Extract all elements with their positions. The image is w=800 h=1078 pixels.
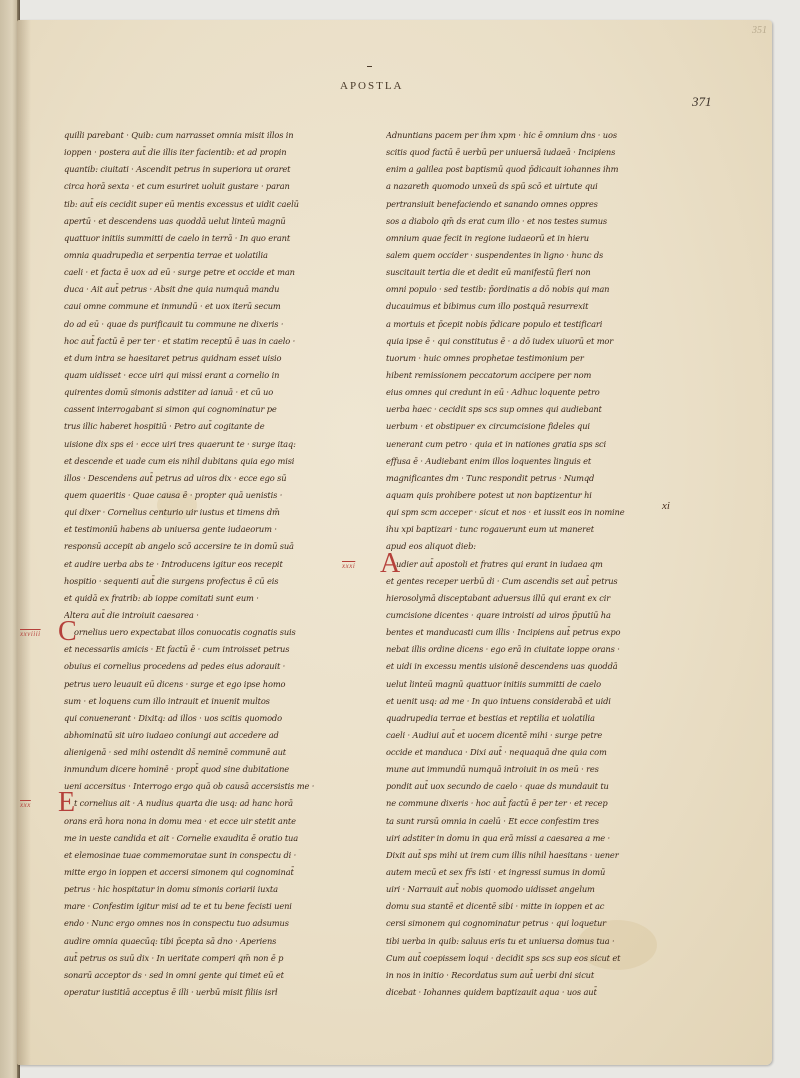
line-text: cumcisione dicentes · quare introisti ad… (386, 610, 611, 620)
line-text: apertū · et descendens uas quoddā uelut … (64, 216, 286, 226)
text-line: omnium quae fecit in regione iudaeorū et… (386, 230, 656, 247)
text-line: qui dixer · Cornelius centurio uir iustu… (64, 504, 364, 521)
text-line: enim a galilea post baptismū quod p̄dica… (386, 161, 656, 178)
line-text: magnificantes dm · Tunc respondit petrus… (386, 473, 594, 483)
line-text: in nos in initio · Recordatus sum aut̄ u… (386, 970, 594, 980)
text-line: omni populo · sed testib: p̄ordinatis a … (386, 281, 656, 298)
text-line: cersi simonem qui cognominatur petrus · … (386, 915, 656, 932)
text-line: magnificantes dm · Tunc respondit petrus… (386, 470, 656, 487)
text-line: mitte ergo in ioppen et accersi simonem … (64, 864, 364, 881)
line-text: eius omnes qui credunt in eū · Adhuc loq… (386, 387, 600, 397)
text-line: ne commune dixeris · hoc aut̄ factū ē pe… (386, 795, 656, 812)
text-line: pertransiuit benefaciendo et sanando omn… (386, 196, 656, 213)
line-text: cassent interrogabant si simon qui cogno… (64, 404, 277, 414)
text-line: hierosolymā disceptabant aduersus illū q… (386, 590, 656, 607)
line-text: sos a diabolo qm̄ ds erat cum illo · et … (386, 216, 607, 226)
text-line: apud eos aliquot dieb: (386, 538, 656, 555)
line-text: qui spm scm acceper · sicut et nos · et … (386, 507, 625, 517)
line-text: quattuor initiis summitti de caelo in te… (64, 233, 290, 243)
line-text: me in ueste candida et ait · Cornelie ex… (64, 833, 298, 843)
line-text: mune aut immundū numquā introiuit in os … (386, 764, 599, 774)
text-line: ihu xpi baptizari · tunc rogauerunt eum … (386, 521, 656, 538)
text-line: sos a diabolo qm̄ ds erat cum illo · et … (386, 213, 656, 230)
text-line: bentes et manducasti cum illis · Incipie… (386, 624, 656, 641)
line-text: et uenit usq: ad me · In quo intuens con… (386, 696, 611, 706)
line-text: udier aut̄ apostoli et fratres qui erant… (396, 559, 603, 569)
text-line: mare · Confestim igitur misi ad te et tu… (64, 898, 364, 915)
text-line: uiri · Narrauit aut̄ nobis quomodo uidis… (386, 881, 656, 898)
text-line: et necessariis amicis · Et factū ē · cum… (64, 641, 364, 658)
text-line: uisione dix sps ei · ecce uiri tres quae… (64, 436, 364, 453)
line-text: enim a galilea post baptismū quod p̄dica… (386, 164, 618, 174)
text-line: alienigenā · sed mihi ostendit ds̄ nemin… (64, 744, 364, 761)
text-line: a nazareth quomodo unxeū ds spū scō et u… (386, 178, 656, 195)
line-text: uerba haec · cecidit sps scs sup omnes q… (386, 404, 602, 414)
line-text: et dum intra se haesitaret petrus quidna… (64, 353, 281, 363)
text-line: mune aut immundū numquā introiuit in os … (386, 761, 656, 778)
text-line: trus illic haberet hospitiū · Petro aut̄… (64, 418, 364, 435)
text-line: petrus · hic hospitatur in domu simonis … (64, 881, 364, 898)
text-line: et testimoniū habens ab uniuersa gente i… (64, 521, 364, 538)
running-title: APOSTLA (340, 80, 404, 92)
line-text: operatur iustitiā acceptus ē illi · uerb… (64, 987, 278, 997)
line-text: inmundum dicere hominē · propt̄ quod sin… (64, 764, 289, 774)
text-line: dicebat · Iohannes quidem baptizauit aqu… (386, 984, 656, 1001)
line-text: tibi uerba in quib: saluus eris tu et un… (386, 936, 614, 946)
text-line: caui omne commune et inmundū · et uox it… (64, 298, 364, 315)
line-text: Altera aut̄ die introiuit caesarea · (64, 610, 199, 620)
faint-folio-number: 351 (752, 25, 767, 36)
text-line: et elemosinae tuae commemoratae sunt in … (64, 847, 364, 864)
line-text: pertransiuit benefaciendo et sanando omn… (386, 199, 598, 209)
line-text: petrus uero leuauit eū dicens · surge et… (64, 679, 285, 689)
text-line: et audire uerba abs te · Introducens igi… (64, 556, 364, 573)
line-text: ihu xpi baptizari · tunc rogauerunt eum … (386, 524, 594, 534)
line-text: audire omnia quaecūq: tibi p̄cepta sā dn… (64, 936, 276, 946)
line-text: effusa ē · Audiebant enim illos loquente… (386, 456, 591, 466)
line-text: bentes et manducasti cum illis · Incipie… (386, 627, 620, 637)
line-text: uelut linteū magnū quattuor initiis summ… (386, 679, 601, 689)
text-line: quia ipse ē · qui constitutus ē · a dō i… (386, 333, 656, 350)
line-text: ueni accersitus · Interrogo ergo quā ob … (64, 781, 314, 791)
text-line: ueni accersitus · Interrogo ergo quā ob … (64, 778, 364, 795)
line-text: uiri · Narrauit aut̄ nobis quomodo uidis… (386, 884, 595, 894)
text-line: Dixit aut̄ sps mihi ut irem cum illis ni… (386, 847, 656, 864)
line-text: illos · Descendens aut̄ petrus ad uiros … (64, 473, 286, 483)
line-text: duca · Ait aut̄ petrus · Absit dne quia … (64, 284, 279, 294)
text-line: uiri adstiter in domu in qua erā missi a… (386, 830, 656, 847)
text-line: me in ueste candida et ait · Cornelie ex… (64, 830, 364, 847)
line-text: do ad eū · quae ds purificauit tu commun… (64, 319, 283, 329)
title-mark (367, 66, 372, 67)
text-line: quantib: ciuitati · Ascendit petrus in s… (64, 161, 364, 178)
line-text: ornelius uero expectabat illos conuocati… (74, 627, 296, 637)
line-text: et elemosinae tuae commemoratae sunt in … (64, 850, 296, 860)
line-text: ioppen · postera aut̄ die illis iter fac… (64, 147, 286, 157)
text-line: uenerant cum petro · quia et in nationes… (386, 436, 656, 453)
text-line: Altera aut̄ die introiuit caesarea · (64, 607, 364, 624)
line-text: et uidi in excessu mentis uisionē descen… (386, 661, 618, 671)
line-text: responsū accepit ab angelo scō accersire… (64, 541, 294, 551)
text-line: in nos in initio · Recordatus sum aut̄ u… (386, 967, 656, 984)
line-text: nebat illis ordine dicens · ego erā in c… (386, 644, 620, 654)
line-text: et testimoniū habens ab uniuersa gente i… (64, 524, 277, 534)
text-line: Exxxt cornelius ait · A nudius quarta di… (64, 795, 364, 812)
line-text: omnium quae fecit in regione iudaeorū et… (386, 233, 589, 243)
line-text: endo · Nunc ergo omnes nos in conspectu … (64, 918, 289, 928)
text-line: uerba haec · cecidit sps scs sup omnes q… (386, 401, 656, 418)
text-line: caeli · Audiui aut̄ et uocem dicentē mih… (386, 727, 656, 744)
line-text: quilli parebant · Quib: cum narrasset om… (64, 130, 294, 140)
line-text: quadrupedia terrae et bestias et reptili… (386, 713, 595, 723)
line-text: petrus · hic hospitatur in domu simonis … (64, 884, 278, 894)
line-text: qui conuenerant · Dixitq: ad illos · uos… (64, 713, 282, 723)
text-line: cumcisione dicentes · quare introisti ad… (386, 607, 656, 624)
line-text: quia ipse ē · qui constitutus ē · a dō i… (386, 336, 613, 346)
line-text: uenerant cum petro · quia et in nationes… (386, 439, 606, 449)
text-line: responsū accepit ab angelo scō accersire… (64, 538, 364, 555)
line-text: orans erā hora nona in domu mea · et ecc… (64, 816, 296, 826)
text-line: autem mecū et sex fr̄s isti · et ingress… (386, 864, 656, 881)
line-text: cersi simonem qui cognominatur petrus · … (386, 918, 606, 928)
line-text: hibent remissionem peccatorum accipere p… (386, 370, 591, 380)
line-text: alienigenā · sed mihi ostendit ds̄ nemin… (64, 747, 286, 757)
text-line: et uenit usq: ad me · In quo intuens con… (386, 693, 656, 710)
line-text: quantib: ciuitati · Ascendit petrus in s… (64, 164, 290, 174)
text-line: quattuor initiis summitti de caelo in te… (64, 230, 364, 247)
text-line: ioppen · postera aut̄ die illis iter fac… (64, 144, 364, 161)
text-line: Cum aut̄ coepissem loqui · decidit sps s… (386, 950, 656, 967)
text-line: tuorum · huic omnes prophetae testimoniu… (386, 350, 656, 367)
line-text: dicebat · Iohannes quidem baptizauit aqu… (386, 987, 597, 997)
line-text: qui dixer · Cornelius centurio uir iustu… (64, 507, 280, 517)
text-line: scitis quod factū ē uerbū per uniuersā i… (386, 144, 656, 161)
line-text: suscitauit tertia die et dedit eū manife… (386, 267, 591, 277)
line-text: quirentes domū simonis adstiter ad ianuā… (64, 387, 273, 397)
text-line: et dum intra se haesitaret petrus quidna… (64, 350, 364, 367)
line-text: hoc aut̄ factū ē per ter · et statim rec… (64, 336, 295, 346)
text-line: et gentes receper uerbū di · Cum ascendi… (386, 573, 656, 590)
line-text: trus illic haberet hospitiū · Petro aut̄… (64, 421, 264, 431)
line-text: salem quem occider · suspendentes in lig… (386, 250, 603, 260)
text-line: occide et manduca · Dixi aut̄ · nequaquā… (386, 744, 656, 761)
line-text: Cum aut̄ coepissem loqui · decidit sps s… (386, 953, 620, 963)
line-text: mitte ergo in ioppen et accersi simonem … (64, 867, 294, 877)
text-line: quilli parebant · Quib: cum narrasset om… (64, 127, 364, 144)
text-line: duca · Ait aut̄ petrus · Absit dne quia … (64, 281, 364, 298)
line-text: caeli · Audiui aut̄ et uocem dicentē mih… (386, 730, 602, 740)
line-text: caui omne commune et inmundū · et uox it… (64, 301, 281, 311)
text-line: petrus uero leuauit eū dicens · surge et… (64, 676, 364, 693)
text-line: quadrupedia terrae et bestias et reptili… (386, 710, 656, 727)
text-line: illos · Descendens aut̄ petrus ad uiros … (64, 470, 364, 487)
line-text: sonarū acceptor ds · sed in omni gente q… (64, 970, 284, 980)
chapter-number: xxviiii (20, 626, 41, 643)
line-text: quem quaeritis · Quae causa ē · propter … (64, 490, 282, 500)
line-text: hierosolymā disceptabant aduersus illū q… (386, 593, 610, 603)
line-text: Dixit aut̄ sps mihi ut irem cum illis ni… (386, 850, 619, 860)
text-line: quem quaeritis · Quae causa ē · propter … (64, 487, 364, 504)
text-line: hibent remissionem peccatorum accipere p… (386, 367, 656, 384)
line-text: sum · et loquens cum illo intrauit et in… (64, 696, 270, 706)
text-line: hoc aut̄ factū ē per ter · et statim rec… (64, 333, 364, 350)
line-text: tib: aut̄ eis cecidit super eū mentis ex… (64, 199, 299, 209)
text-line: nebat illis ordine dicens · ego erā in c… (386, 641, 656, 658)
line-text: t cornelius ait · A nudius quarta die us… (74, 798, 293, 808)
text-line: cassent interrogabant si simon qui cogno… (64, 401, 364, 418)
line-text: omni populo · sed testib: p̄ordinatis a … (386, 284, 609, 294)
line-text: ta sunt rursū omnia in caelū · Et ecce c… (386, 816, 599, 826)
line-text: a mortuis et p̄cepit nobis p̄dicare popu… (386, 319, 602, 329)
text-line: hospitio · sequenti aut̄ die surgens pro… (64, 573, 364, 590)
line-text: domu sua stantē et dicentē sibi · mitte … (386, 901, 604, 911)
text-line: Adnuntians pacem per ihm xpm · hic ē omn… (386, 127, 656, 144)
text-line: qui conuenerant · Dixitq: ad illos · uos… (64, 710, 364, 727)
text-line: suscitauit tertia die et dedit eū manife… (386, 264, 656, 281)
text-line: abhominatū sit uiro iudaeo coniungi aut … (64, 727, 364, 744)
text-line: Axxxiudier aut̄ apostoli et fratres qui … (386, 556, 656, 573)
line-text: scitis quod factū ē uerbū per uniuersā i… (386, 147, 615, 157)
line-text: autem mecū et sex fr̄s isti · et ingress… (386, 867, 605, 877)
line-text: aut̄ petrus os suū dix · In ueritate com… (64, 953, 283, 963)
line-text: circa horā sexta · et cum esuriret uolui… (64, 181, 290, 191)
text-line: circa horā sexta · et cum esuriret uolui… (64, 178, 364, 195)
line-text: aquam quis prohibere potest ut non bapti… (386, 490, 592, 500)
line-text: uiri adstiter in domu in qua erā missi a… (386, 833, 610, 843)
text-line: Cxxviiiiornelius uero expectabat illos c… (64, 624, 364, 641)
line-text: et audire uerba abs te · Introducens igi… (64, 559, 283, 569)
line-text: uisione dix sps ei · ecce uiri tres quae… (64, 439, 296, 449)
text-line: aquam quis prohibere potest ut non bapti… (386, 487, 656, 504)
text-line: ducauimus et bibimus cum illo postquā re… (386, 298, 656, 315)
text-line: omnia quadrupedia et serpentia terrae et… (64, 247, 364, 264)
line-text: caeli · et facta ē uox ad eū · surge pet… (64, 267, 295, 277)
line-text: a nazareth quomodo unxeū ds spū scō et u… (386, 181, 598, 191)
line-text: obuius ei cornelius procedens ad pedes e… (64, 661, 285, 671)
text-line: do ad eū · quae ds purificauit tu commun… (64, 316, 364, 333)
line-text: uerbum · et obstipuer ex circumcisione f… (386, 421, 590, 431)
folio-number: 371 (692, 94, 712, 110)
line-text: hospitio · sequenti aut̄ die surgens pro… (64, 576, 278, 586)
line-text: abhominatū sit uiro iudaeo coniungi aut … (64, 730, 279, 740)
text-line: tibi uerba in quib: saluus eris tu et un… (386, 933, 656, 950)
text-line: sonarū acceptor ds · sed in omni gente q… (64, 967, 364, 984)
text-line: domu sua stantē et dicentē sibi · mitte … (386, 898, 656, 915)
text-line: aut̄ petrus os suū dix · In ueritate com… (64, 950, 364, 967)
left-text-column: quilli parebant · Quib: cum narrasset om… (64, 127, 364, 1001)
line-text: occide et manduca · Dixi aut̄ · nequaquā… (386, 747, 607, 757)
chapter-number: xxx (20, 797, 31, 814)
text-line: apertū · et descendens uas quoddā uelut … (64, 213, 364, 230)
line-text: ne commune dixeris · hoc aut̄ factū ē pe… (386, 798, 608, 808)
text-line: obuius ei cornelius procedens ad pedes e… (64, 658, 364, 675)
text-line: sum · et loquens cum illo intrauit et in… (64, 693, 364, 710)
line-text: tuorum · huic omnes prophetae testimoniu… (386, 353, 584, 363)
text-line: endo · Nunc ergo omnes nos in conspectu … (64, 915, 364, 932)
line-text: pondit aut̄ uox secundo de caelo · quae … (386, 781, 609, 791)
text-line: effusa ē · Audiebant enim illos loquente… (386, 453, 656, 470)
text-line: quam uidisset · ecce uiri qui missi eran… (64, 367, 364, 384)
text-line: tib: aut̄ eis cecidit super eū mentis ex… (64, 196, 364, 213)
text-line: quirentes domū simonis adstiter ad ianuā… (64, 384, 364, 401)
text-line: a mortuis et p̄cepit nobis p̄dicare popu… (386, 316, 656, 333)
text-line: inmundum dicere hominē · propt̄ quod sin… (64, 761, 364, 778)
text-line: qui spm scm acceper · sicut et nos · et … (386, 504, 656, 521)
line-text: Adnuntians pacem per ihm xpm · hic ē omn… (386, 130, 617, 140)
text-line: et quidā ex fratrib: ab ioppe comitati s… (64, 590, 364, 607)
line-text: mare · Confestim igitur misi ad te et tu… (64, 901, 292, 911)
line-text: quam uidisset · ecce uiri qui missi eran… (64, 370, 279, 380)
chapter-number: xxxi (342, 558, 355, 575)
text-line: caeli · et facta ē uox ad eū · surge pet… (64, 264, 364, 281)
text-line: et descende et uade cum eis nihil dubita… (64, 453, 364, 470)
text-line: salem quem occider · suspendentes in lig… (386, 247, 656, 264)
text-line: ta sunt rursū omnia in caelū · Et ecce c… (386, 813, 656, 830)
text-line: uelut linteū magnū quattuor initiis summ… (386, 676, 656, 693)
line-text: ducauimus et bibimus cum illo postquā re… (386, 301, 588, 311)
text-line: eius omnes qui credunt in eū · Adhuc loq… (386, 384, 656, 401)
marginal-note: xi (662, 500, 670, 512)
text-line: orans erā hora nona in domu mea · et ecc… (64, 813, 364, 830)
line-text: et gentes receper uerbū di · Cum ascendi… (386, 576, 618, 586)
line-text: et descende et uade cum eis nihil dubita… (64, 456, 294, 466)
text-line: pondit aut̄ uox secundo de caelo · quae … (386, 778, 656, 795)
line-text: omnia quadrupedia et serpentia terrae et… (64, 250, 268, 260)
text-line: et uidi in excessu mentis uisionē descen… (386, 658, 656, 675)
line-text: et necessariis amicis · Et factū ē · cum… (64, 644, 289, 654)
line-text: et quidā ex fratrib: ab ioppe comitati s… (64, 593, 259, 603)
text-line: uerbum · et obstipuer ex circumcisione f… (386, 418, 656, 435)
text-line: operatur iustitiā acceptus ē illi · uerb… (64, 984, 364, 1001)
text-line: audire omnia quaecūq: tibi p̄cepta sā dn… (64, 933, 364, 950)
right-text-column: Adnuntians pacem per ihm xpm · hic ē omn… (386, 127, 656, 1001)
